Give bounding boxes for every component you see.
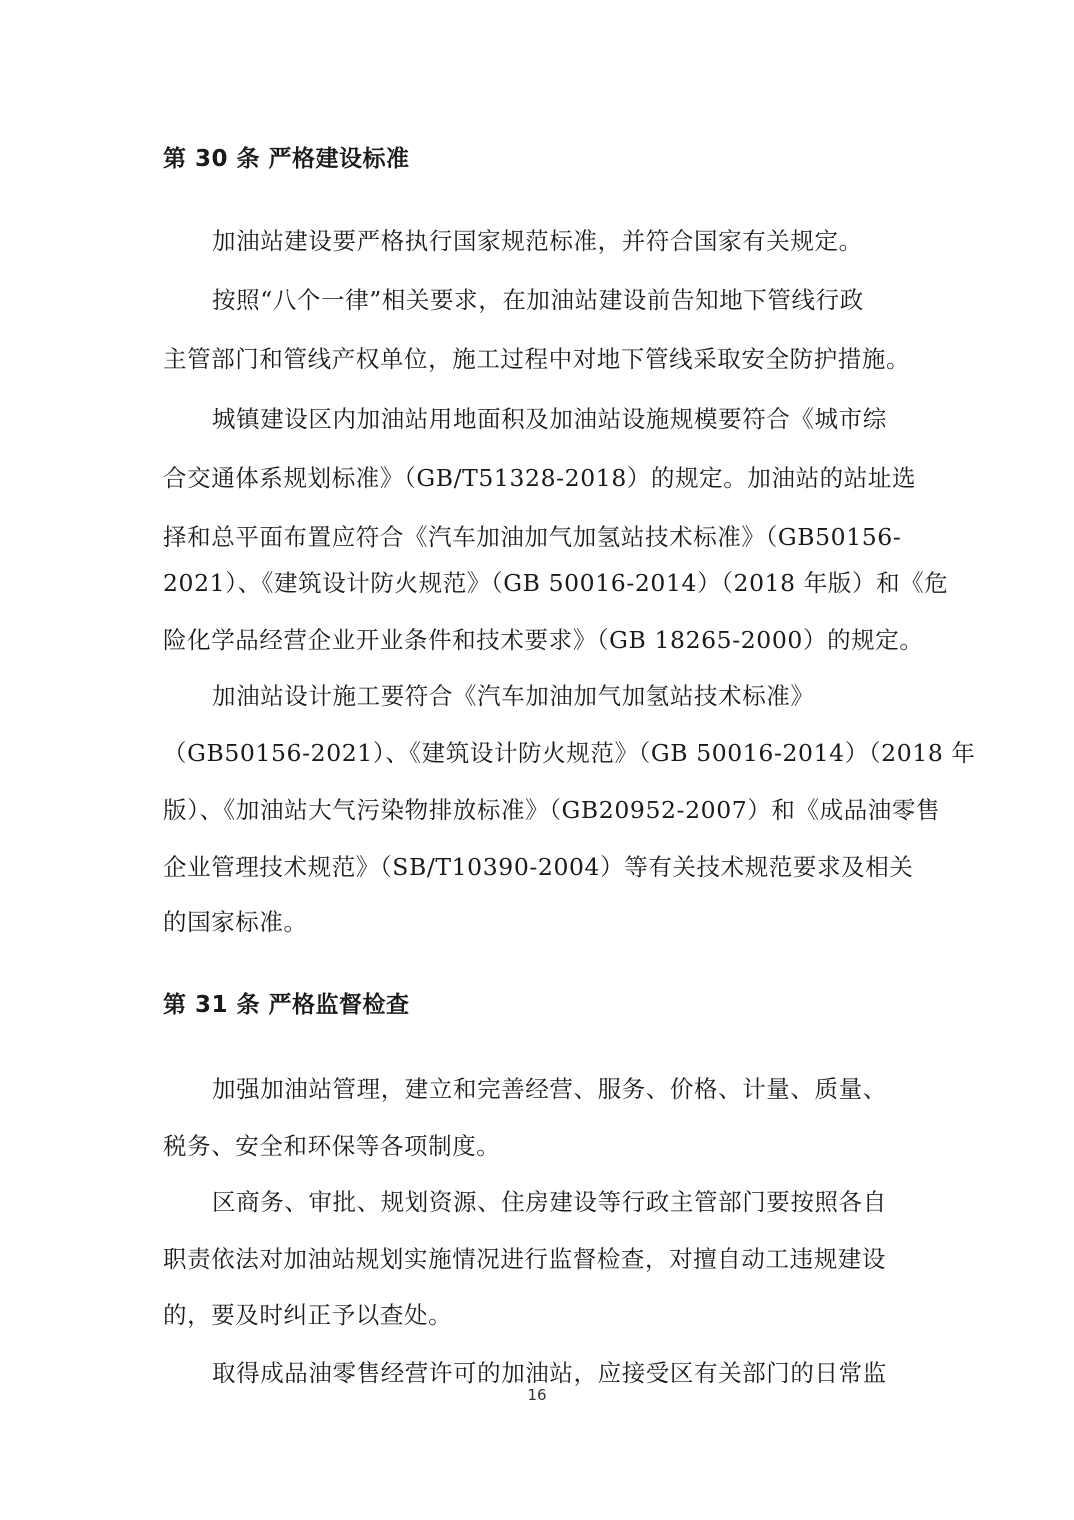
paragraph-line: 加油站设计施工要符合《汽车加油加气加氢站技术标准》 [212, 680, 972, 712]
paragraph-line: 版）、《加油站大气污染物排放标准》（GB20952-2007）和《成品油零售 [163, 794, 923, 826]
paragraph-line: 职责依法对加油站规划实施情况进行监督检查，对擅自动工违规建设 [163, 1243, 923, 1275]
section-heading-31: 第 31 条 严格监督检查 [163, 989, 923, 1021]
paragraph-line: 税务、安全和环保等各项制度。 [163, 1130, 923, 1162]
paragraph-line: 2021）、《建筑设计防火规范》（GB 50016-2014）（2018 年版）… [163, 567, 923, 599]
paragraph-line: （GB50156-2021）、《建筑设计防火规范》（GB 50016-2014）… [163, 737, 923, 769]
page-number: 16 [0, 1386, 1074, 1404]
paragraph-line: 的，要及时纠正予以查处。 [163, 1299, 923, 1331]
paragraph-line: 加油站建设要严格执行国家规范标准，并符合国家有关规定。 [212, 225, 972, 257]
paragraph-line: 的国家标准。 [163, 906, 923, 938]
paragraph-line: 择和总平面布置应符合《汽车加油加气加氢站技术标准》（GB50156- [163, 521, 923, 553]
paragraph-line: 按照“八个一律”相关要求，在加油站建设前告知地下管线行政 [212, 284, 972, 316]
paragraph-line: 险化学品经营企业开业条件和技术要求》（GB 18265-2000）的规定。 [163, 624, 923, 656]
paragraph-line: 取得成品油零售经营许可的加油站，应接受区有关部门的日常监 [212, 1357, 972, 1389]
paragraph-line: 主管部门和管线产权单位，施工过程中对地下管线采取安全防护措施。 [163, 343, 923, 375]
paragraph-line: 城镇建设区内加油站用地面积及加油站设施规模要符合《城市综 [212, 403, 972, 435]
document-page: 第 30 条 严格建设标准 加油站建设要严格执行国家规范标准，并符合国家有关规定… [0, 0, 1074, 1520]
paragraph-line: 企业管理技术规范》（SB/T10390-2004）等有关技术规范要求及相关 [163, 851, 923, 883]
section-heading-30: 第 30 条 严格建设标准 [163, 143, 923, 175]
paragraph-line: 合交通体系规划标准》（GB/T51328-2018）的规定。加油站的站址选 [163, 462, 923, 494]
paragraph-line: 加强加油站管理，建立和完善经营、服务、价格、计量、质量、 [212, 1073, 972, 1105]
paragraph-line: 区商务、审批、规划资源、住房建设等行政主管部门要按照各自 [212, 1186, 972, 1218]
